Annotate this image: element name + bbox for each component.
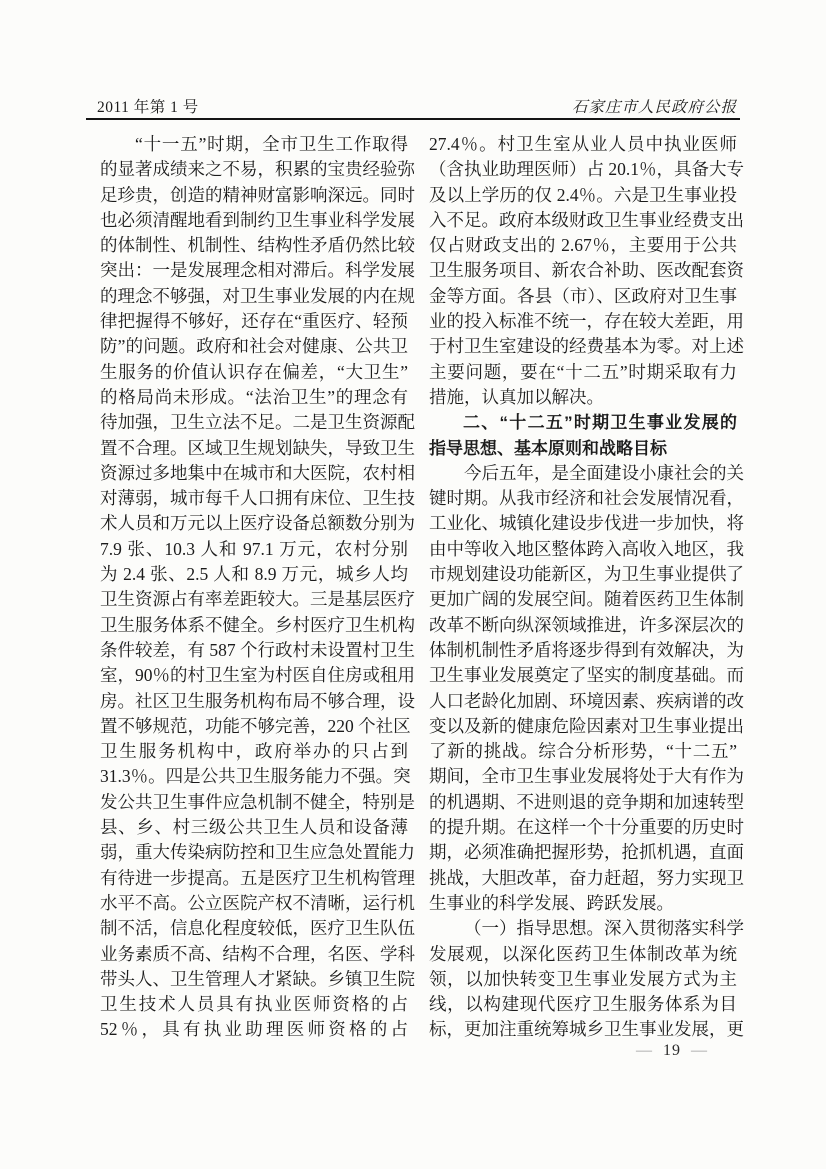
body-text-line: 置不够规范，功能不够完善，220 个社区 xyxy=(100,714,408,739)
body-text-line: 水平不高。公立医院产权不清晰，运行机 xyxy=(100,891,408,916)
body-text-line: 业务素质不高、结构不合理，名医、学科 xyxy=(100,942,408,967)
header-issue-label: 2011 年第 1 号 xyxy=(97,95,199,117)
body-text-line: 主要问题，要在“十二五”时期采取有力 xyxy=(429,360,737,385)
section-heading-line: 二、“十二五”时期卫生事业发展的 xyxy=(429,410,737,435)
body-text-line: 的理念不够强，对卫生事业发展的内在规 xyxy=(100,284,408,309)
body-text-line: 置不合理。区域卫生规划缺失，导致卫生 xyxy=(100,436,408,461)
footer-left-dash: — xyxy=(626,1042,663,1059)
body-text-line: 的机遇期、不进则退的竞争期和加速转型 xyxy=(429,790,737,815)
body-text-line: 期间，全市卫生事业发展将处于大有作为 xyxy=(429,764,737,789)
body-text-line: 卫生服务体系不健全。乡村医疗卫生机构 xyxy=(100,613,408,638)
body-text-line: 业的投入标准不统一，存在较大差距，用 xyxy=(429,309,737,334)
body-text-line: 52％，具有执业助理医师资格的占 xyxy=(100,1017,408,1042)
body-text-line: 卫生资源占有率差距较大。三是基层医疗 xyxy=(100,587,408,612)
body-text-line: 条件较差，有 587 个行政村未设置村卫生 xyxy=(100,638,408,663)
body-text-line: 待加强，卫生立法不足。二是卫生资源配 xyxy=(100,410,408,435)
body-text-line: 弱，重大传染病防控和卫生应急处置能力 xyxy=(100,840,408,865)
body-text-line: 律把握得不够好，还存在“重医疗、轻预 xyxy=(100,309,408,334)
body-text-line: 27.4％。村卫生室从业人员中执业医师 xyxy=(429,132,737,157)
body-text-line: 及以上学历的仅 2.4％。六是卫生事业投 xyxy=(429,183,737,208)
body-text-line: 对薄弱，城市每千人口拥有床位、卫生技 xyxy=(100,486,408,511)
body-text-line: 措施，认真加以解决。 xyxy=(429,385,737,410)
body-text-line: 为 2.4 张、2.5 人和 8.9 万元，城乡人均 xyxy=(100,562,408,587)
body-text-line: 卫生事业发展奠定了坚实的制度基础。而 xyxy=(429,663,737,688)
body-text-line: 房。社区卫生服务机构布局不够合理，设 xyxy=(100,689,408,714)
body-text-line: 术人员和万元以上医疗设备总额数分别为 xyxy=(100,511,408,536)
body-text-line: （含执业助理医师）占 20.1％，具备大专 xyxy=(429,157,737,182)
body-text-line: 县、乡、村三级公共卫生人员和设备薄 xyxy=(100,815,408,840)
body-text-line: 入不足。政府本级财政卫生事业经费支出 xyxy=(429,208,737,233)
body-text-line: 挑战，大胆改革，奋力赶超，努力实现卫 xyxy=(429,866,737,891)
body-text-line: 发展观，以深化医药卫生体制改革为统 xyxy=(429,942,737,967)
body-text-line: 标，更加注重统筹城乡卫生事业发展，更 xyxy=(429,1017,737,1042)
body-text-line: 发公共卫生事件应急机制不健全，特别是 xyxy=(100,790,408,815)
body-text-line: 的体制性、机制性、结构性矛盾仍然比较 xyxy=(100,233,408,258)
body-text-line: 室，90％的村卫生室为村医自住房或租用 xyxy=(100,663,408,688)
footer-page-number: 19 xyxy=(663,1042,681,1059)
gazette-page: 2011 年第 1 号 石家庄市人民政府公报 “十一五”时期，全市卫生工作取得的… xyxy=(0,0,826,1169)
body-text-line: 键时期。从我市经济和社会发展情况看， xyxy=(429,486,737,511)
body-text-line: 生事业的科学发展、跨跃发展。 xyxy=(429,891,737,916)
right-text-column: 27.4％。村卫生室从业人员中执业医师（含执业助理医师）占 20.1％，具备大专… xyxy=(429,132,737,1043)
body-text-line: 卫生服务项目、新农合补助、医改配套资 xyxy=(429,258,737,283)
body-text-line: 资源过多地集中在城市和大医院，农村相 xyxy=(100,461,408,486)
header-publication-title: 石家庄市人民政府公报 xyxy=(572,95,737,117)
body-text-line: 金等方面。各县（市）、区政府对卫生事 xyxy=(429,284,737,309)
body-text-line: 仅占财政支出的 2.67％，主要用于公共 xyxy=(429,233,737,258)
page-number-footer: —19— xyxy=(626,1042,718,1060)
body-text-line: 有待进一步提高。五是医疗卫生机构管理 xyxy=(100,866,408,891)
body-text-line: 7.9 张、10.3 人和 97.1 万元，农村分别 xyxy=(100,537,408,562)
body-text-line: 由中等收入地区整体跨入高收入地区，我 xyxy=(429,537,737,562)
body-text-line: 了新的挑战。综合分析形势，“十二五” xyxy=(429,739,737,764)
body-text-line: 卫生技术人员具有执业医师资格的占 xyxy=(100,992,408,1017)
body-text-line: 的显著成绩来之不易，积累的宝贵经验弥 xyxy=(100,157,408,182)
body-text-line: 变以及新的健康危险因素对卫生事业提出 xyxy=(429,714,737,739)
body-text-line: 领，以加快转变卫生事业发展方式为主 xyxy=(429,967,737,992)
body-text-line: 足珍贵，创造的精神财富影响深远。同时 xyxy=(100,183,408,208)
body-text-line: 生服务的价值认识存在偏差，“大卫生” xyxy=(100,360,408,385)
body-text-line: 卫生服务机构中，政府举办的只占到 xyxy=(100,739,408,764)
body-text-line: 改革不断向纵深领域推进，许多深层次的 xyxy=(429,613,737,638)
body-text-line: 于村卫生室建设的经费基本为零。对上述 xyxy=(429,334,737,359)
left-text-column: “十一五”时期，全市卫生工作取得的显著成绩来之不易，积累的宝贵经验弥足珍贵，创造… xyxy=(100,132,408,1043)
body-text-line: 线，以构建现代医疗卫生服务体系为目 xyxy=(429,992,737,1017)
header-divider-rule xyxy=(86,118,740,120)
body-text-line: 也必须清醒地看到制约卫生事业科学发展 xyxy=(100,208,408,233)
body-text-line: 人口老龄化加剧、环境因素、疾病谱的改 xyxy=(429,689,737,714)
footer-right-dash: — xyxy=(681,1042,718,1059)
body-text-line: （一）指导思想。深入贯彻落实科学 xyxy=(429,916,737,941)
body-text-line: 防”的问题。政府和社会对健康、公共卫 xyxy=(100,334,408,359)
section-heading-line: 指导思想、基本原则和战略目标 xyxy=(429,436,737,461)
body-text-line: 的提升期。在这样一个十分重要的历史时 xyxy=(429,815,737,840)
body-text-line: 带头人、卫生管理人才紧缺。乡镇卫生院 xyxy=(100,967,408,992)
body-text-line: 工业化、城镇化建设步伐进一步加快，将 xyxy=(429,511,737,536)
body-text-line: 更加广阔的发展空间。随着医药卫生体制 xyxy=(429,587,737,612)
body-text-line: 突出：一是发展理念相对滞后。科学发展 xyxy=(100,258,408,283)
body-text-line: 制不活，信息化程度较低，医疗卫生队伍 xyxy=(100,916,408,941)
body-text-line: 市规划建设功能新区，为卫生事业提供了 xyxy=(429,562,737,587)
body-text-line: 体制机制性矛盾将逐步得到有效解决，为 xyxy=(429,638,737,663)
body-text-line: 31.3％。四是公共卫生服务能力不强。突 xyxy=(100,764,408,789)
body-text-line: “十一五”时期，全市卫生工作取得 xyxy=(100,132,408,157)
body-text-line: 期，必须准确把握形势，抢抓机遇，直面 xyxy=(429,840,737,865)
body-text-line: 今后五年，是全面建设小康社会的关 xyxy=(429,461,737,486)
body-text-line: 的格局尚未形成。“法治卫生”的理念有 xyxy=(100,385,408,410)
